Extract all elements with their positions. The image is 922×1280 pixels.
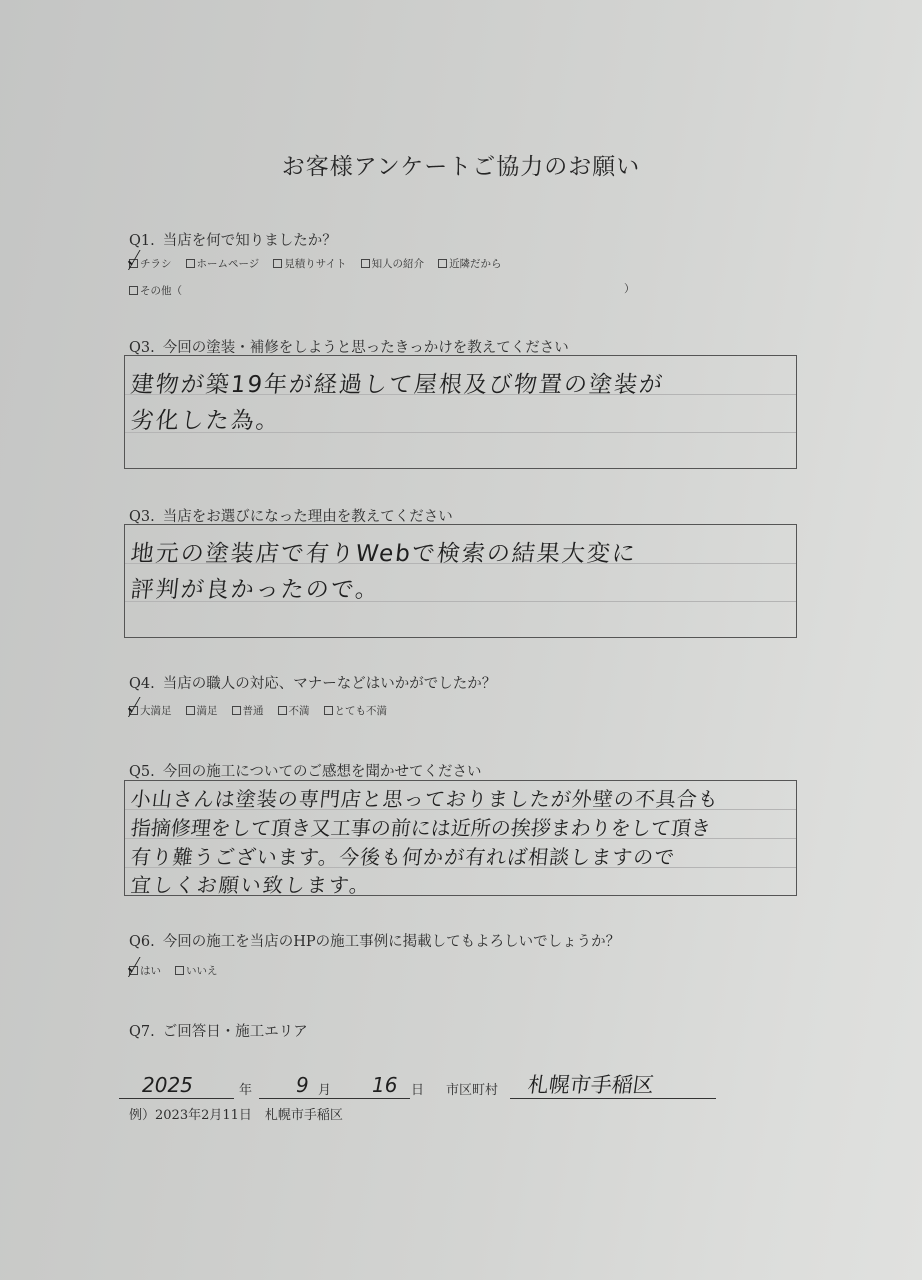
q7-text: ご回答日・施工エリア	[163, 1024, 308, 1040]
q6-options: はい いいえ	[129, 963, 218, 978]
q1-options: チラシ ホームページ 見積りサイト 知人の紹介 近隣だから	[129, 256, 502, 271]
q5-answer-box[interactable]: 小山さんは塗装の専門店と思っておりましたが外壁の不具合も 指摘修理をして頂き又工…	[124, 780, 797, 896]
q3b-question: Q3.当店をお選びになった理由を教えてください	[129, 505, 453, 526]
checkbox-icon[interactable]	[175, 966, 184, 975]
q1-option-neighborhood[interactable]: 近隣だから	[438, 256, 502, 271]
q1-question: Q1.当店を何で知りましたか？	[129, 229, 337, 250]
month-value: 9	[296, 1073, 309, 1097]
q1-number: Q1.	[129, 233, 155, 249]
q3a-text: 今回の塗装・補修をしようと思ったきっかけを教えてください	[163, 340, 569, 356]
q3b-answer-box[interactable]: 地元の塗装店で有りWebで検索の結果大変に 評判が良かったので。	[124, 524, 797, 638]
q5-text: 今回の施工についてのご感想を聞かせてください	[163, 764, 482, 780]
option-label: 満足	[197, 703, 218, 718]
option-label: 知人の紹介	[372, 256, 425, 271]
q1-option-estimate-site[interactable]: 見積りサイト	[273, 256, 346, 271]
checkbox-icon[interactable]	[438, 259, 447, 268]
q4-option-very-satisfied[interactable]: 大満足	[129, 703, 172, 718]
q4-question: Q4.当店の職人の対応、マナーなどはいかがでしたか？	[129, 672, 496, 693]
q3a-answer-line-1: 建物が築19年が経過して屋根及び物置の塗装が	[129, 366, 666, 399]
q6-number: Q6.	[129, 934, 155, 950]
q1-option-referral[interactable]: 知人の紹介	[361, 256, 425, 271]
q3b-answer-line-1: 地元の塗装店で有りWebで検索の結果大変に	[129, 535, 639, 568]
q1-option-homepage[interactable]: ホームページ	[186, 256, 260, 271]
q3a-number: Q3.	[129, 340, 155, 356]
checkbox-icon[interactable]	[186, 706, 195, 715]
q1-option-other[interactable]: その他（	[129, 283, 182, 298]
q4-option-neutral[interactable]: 普通	[232, 703, 264, 718]
option-label: その他（	[140, 283, 182, 298]
q6-option-no[interactable]: いいえ	[175, 963, 218, 978]
year-value: 2025	[142, 1073, 193, 1097]
q5-answer-line-4: 宜しくお願い致します。	[129, 869, 372, 898]
day-value: 16	[372, 1073, 397, 1097]
q5-answer-line-2: 指摘修理をして頂き又工事の前には近所の挨拶まわりをして頂き	[129, 812, 712, 841]
q4-options: 大満足 満足 普通 不満 とても不満	[129, 703, 387, 718]
q3a-answer-line-2: 劣化した為。	[129, 402, 282, 435]
q5-answer-line-3: 有り難うございます。今後も何かが有れば相談しますので	[129, 841, 676, 870]
option-label: いいえ	[186, 963, 218, 978]
option-label: ホームページ	[197, 256, 260, 271]
q7-example: 例）2023年2月11日 札幌市手稲区	[129, 1104, 343, 1123]
checkbox-icon[interactable]	[273, 259, 282, 268]
q1-other-close-paren: ）	[624, 280, 635, 296]
month-label: 月	[318, 1079, 331, 1098]
survey-form: お客様アンケートご協力のお願い Q1.当店を何で知りましたか？ チラシ ホームペ…	[0, 0, 922, 1280]
checkbox-icon[interactable]	[129, 286, 138, 295]
q4-option-very-dissatisfied[interactable]: とても不満	[324, 703, 388, 718]
q3a-question: Q3.今回の塗装・補修をしようと思ったきっかけを教えてください	[129, 336, 569, 357]
checkbox-icon[interactable]	[324, 706, 333, 715]
q3b-number: Q3.	[129, 509, 155, 525]
q1-option-flyer[interactable]: チラシ	[129, 256, 172, 271]
option-label: 近隣だから	[449, 256, 502, 271]
q4-option-dissatisfied[interactable]: 不満	[278, 703, 310, 718]
q1-text: 当店を何で知りましたか？	[163, 233, 337, 249]
checkbox-checked-icon[interactable]	[129, 966, 138, 975]
form-title: お客様アンケートご協力のお願い	[0, 148, 922, 181]
checkbox-icon[interactable]	[278, 706, 287, 715]
q7-number: Q7.	[129, 1024, 155, 1040]
q5-question: Q5.今回の施工についてのご感想を聞かせてください	[129, 760, 481, 781]
area-value: 札幌市手稲区	[526, 1069, 656, 1099]
q3a-answer-box[interactable]: 建物が築19年が経過して屋根及び物置の塗装が 劣化した為。	[124, 355, 797, 469]
area-label: 市区町村	[446, 1079, 498, 1098]
option-label: 見積りサイト	[284, 256, 346, 271]
option-label: 普通	[243, 703, 264, 718]
q1-other-row: その他（	[129, 283, 182, 298]
q6-question: Q6.今回の施工を当店のHPの施工事例に掲載してもよろしいでしょうか？	[129, 930, 620, 951]
q4-option-satisfied[interactable]: 満足	[186, 703, 218, 718]
q3b-answer-line-2: 評判が良かったので。	[129, 571, 382, 604]
q5-number: Q5.	[129, 764, 155, 780]
q6-option-yes[interactable]: はい	[129, 963, 161, 978]
q4-text: 当店の職人の対応、マナーなどはいかがでしたか？	[163, 676, 497, 692]
q5-answer-line-1: 小山さんは塗装の専門店と思っておりましたが外壁の不具合も	[129, 783, 720, 812]
q6-text: 今回の施工を当店のHPの施工事例に掲載してもよろしいでしょうか？	[163, 934, 620, 950]
checkbox-icon[interactable]	[361, 259, 370, 268]
q7-question: Q7.ご回答日・施工エリア	[129, 1020, 308, 1041]
option-label: とても不満	[335, 703, 388, 718]
day-label: 日	[411, 1079, 424, 1098]
year-label: 年	[239, 1079, 252, 1098]
checkbox-icon[interactable]	[232, 706, 241, 715]
option-label: 不満	[289, 703, 310, 718]
checkbox-checked-icon[interactable]	[129, 706, 138, 715]
q4-number: Q4.	[129, 676, 155, 692]
checkbox-checked-icon[interactable]	[129, 259, 138, 268]
checkbox-icon[interactable]	[186, 259, 195, 268]
q3b-text: 当店をお選びになった理由を教えてください	[163, 509, 453, 525]
